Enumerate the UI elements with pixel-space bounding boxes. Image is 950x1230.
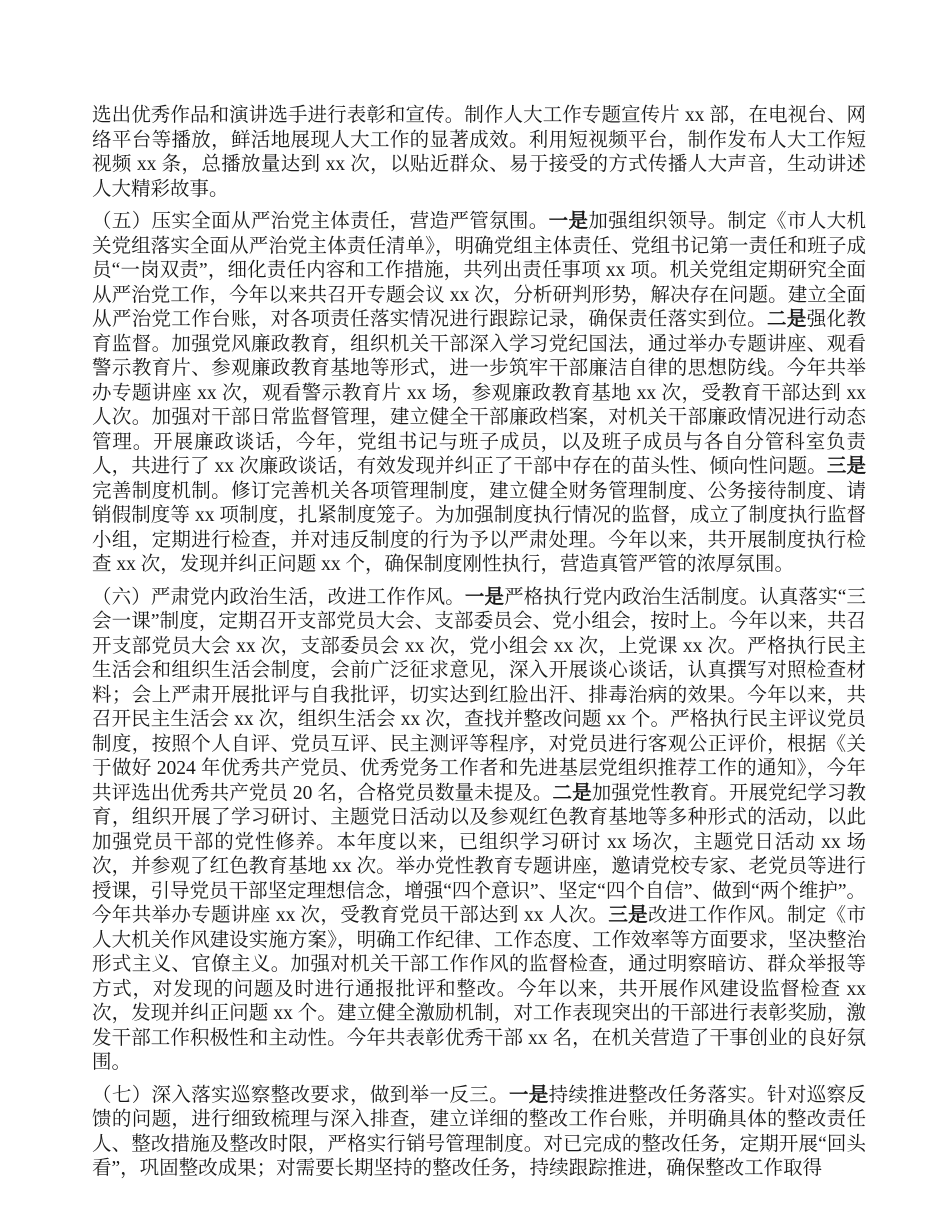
document-body: 选出优秀作品和演讲选手进行表彰和宣传。制作人大工作专题宣传片 xx 部，在电视台… (92, 104, 866, 1190)
text-run: （七）深入落实巡察整改要求，做到举一反三。 (92, 1085, 509, 1106)
text-run: 完善制度机制。修订完善机关各项管理制度，建立健全财务管理制度、公务接待制度、请销… (92, 481, 866, 576)
bold-text-run: 三是 (827, 456, 866, 477)
bold-text-run: 三是 (608, 905, 648, 926)
bold-text-run: 一是 (465, 587, 504, 608)
bold-text-run: 一是 (509, 1085, 549, 1106)
para-section-7: （七）深入落实巡察整改要求，做到举一反三。一是持续推进整改任务落实。针对巡察反馈… (92, 1084, 866, 1182)
bold-text-run: 二是 (767, 309, 807, 330)
text-run: 严格执行党内政治生活制度。认真落实“三会一课”制度，定期召开支部党员大会、支部委… (92, 587, 866, 804)
para-section-5: （五）压实全面从严治党主体责任，营造严管氛围。一是加强组织领导。制定《市人大机关… (92, 210, 866, 578)
para-continuation: 选出优秀作品和演讲选手进行表彰和宣传。制作人大工作专题宣传片 xx 部，在电视台… (92, 104, 866, 202)
text-run: （六）严肃党内政治生活，改进工作作风。 (92, 587, 465, 608)
para-section-6: （六）严肃党内政治生活，改进工作作风。一是严格执行党内政治生活制度。认真落实“三… (92, 586, 866, 1076)
text-run: 强化教育监督。加强党风廉政教育，组织机关干部深入学习党纪国法，通过举办专题讲座、… (92, 309, 866, 477)
bold-text-run: 一是 (549, 211, 589, 232)
text-run: （五）压实全面从严治党主体责任，营造严管氛围。 (92, 211, 549, 232)
text-run: 选出优秀作品和演讲选手进行表彰和宣传。制作人大工作专题宣传片 xx 部，在电视台… (92, 105, 866, 200)
bold-text-run: 二是 (553, 783, 592, 804)
text-run: 改进工作作风。制定《市人大机关作风建设实施方案》，明确工作纪律、工作态度、工作效… (92, 905, 866, 1073)
